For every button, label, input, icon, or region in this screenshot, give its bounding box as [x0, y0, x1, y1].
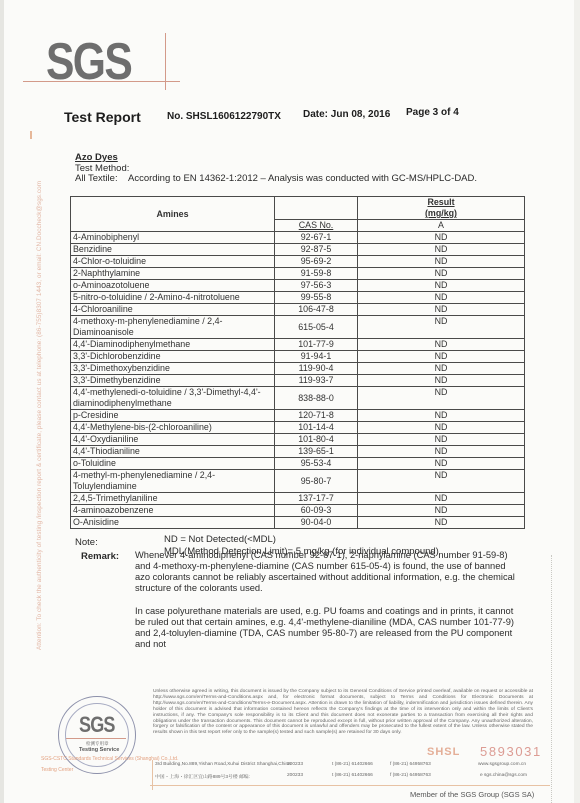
table-row: Benzidine92-87-5ND: [71, 244, 525, 256]
header-cas-blank: [275, 197, 358, 220]
header-cas: CAS No.: [275, 220, 358, 232]
result-value: ND: [358, 458, 525, 470]
address-en: 3rd Building,No.889,Yishan Road,Xuhui Di…: [155, 762, 291, 767]
header-amines: Amines: [71, 197, 275, 232]
postcode: 200233: [287, 773, 303, 778]
amine-name: o-Toluidine: [71, 458, 275, 470]
cas-number: 119-93-7: [275, 375, 358, 387]
amine-name: 4,4'-methylenedi-o-toluidine / 3,3'-Dime…: [71, 387, 275, 410]
remark-body: Whenever 4-aminodiphenyl (CAS number 92-…: [135, 550, 520, 662]
cas-number: 101-14-4: [275, 422, 358, 434]
amine-name: 3,3'-Dichlorobenzidine: [71, 351, 275, 363]
cas-number: 615-05-4: [275, 316, 358, 339]
header-result-line2: (mg/kg): [360, 208, 522, 219]
amine-name: 3,3'-Dimethybenzidine: [71, 375, 275, 387]
table-row: 4,4'-Diaminodiphenylmethane101-77-9ND: [71, 339, 525, 351]
table-row: 4-methyl-m-phenylenediamine / 2,4-Toluyl…: [71, 470, 525, 493]
amine-name: 4,4'-Diaminodiphenylmethane: [71, 339, 275, 351]
cas-number: 95-69-2: [275, 256, 358, 268]
table-row: 4-Aminobiphenyl92-67-1ND: [71, 232, 525, 244]
amine-name: p-Cresidine: [71, 410, 275, 422]
table-row: 2-Naphthylamine91-59-8ND: [71, 268, 525, 280]
report-date: Date: Jun 08, 2016: [303, 109, 390, 120]
amine-name: 4-Aminobiphenyl: [71, 232, 275, 244]
table-row: 4-Chlor-o-toluidine95-69-2ND: [71, 256, 525, 268]
cas-number: 97-56-3: [275, 280, 358, 292]
telephone: t (86-21) 61402666: [332, 773, 373, 778]
result-value: ND: [358, 280, 525, 292]
result-value: ND: [358, 422, 525, 434]
scope-text: According to EN 14362-1:2012 – Analysis …: [128, 173, 477, 184]
result-value: ND: [358, 292, 525, 304]
result-value: ND: [358, 387, 525, 410]
table-row: 3,3'-Dichlorobenzidine91-94-1ND: [71, 351, 525, 363]
result-value: ND: [358, 505, 525, 517]
serial-number: 5893031: [480, 744, 542, 759]
cas-number: 95-80-7: [275, 470, 358, 493]
disclaimer: Unless otherwise agreed in writing, this…: [153, 689, 533, 736]
test-section: Azo Dyes Test Method: All Textile:Accord…: [75, 153, 477, 185]
stamp-rule: [66, 738, 126, 739]
fax: f (86-21) 64958763: [390, 773, 431, 778]
footer-rule: [150, 785, 550, 786]
cas-number: 101-80-4: [275, 434, 358, 446]
cas-number: 119-90-4: [275, 363, 358, 375]
stamp-center: Testing Center: [41, 767, 73, 773]
amine-name: 2,4,5-Trimethylaniline: [71, 493, 275, 505]
header-result-line1: Result: [360, 197, 522, 208]
result-value: ND: [358, 493, 525, 505]
cas-number: 137-17-7: [275, 493, 358, 505]
result-value: ND: [358, 470, 525, 493]
result-value: ND: [358, 351, 525, 363]
margin-rule: [551, 555, 552, 803]
website-link[interactable]: www.sgsgroup.com.cn: [478, 762, 526, 767]
email-link[interactable]: e sgs.china@sgs.com: [480, 773, 527, 778]
member-statement: Member of the SGS Group (SGS SA): [410, 790, 534, 799]
table-row: 4-aminoazobenzene60-09-3ND: [71, 505, 525, 517]
amine-name: 4,4'-Thiodianiline: [71, 446, 275, 458]
amine-name: 5-nitro-o-toluidine / 2-Amino-4-nitrotol…: [71, 292, 275, 304]
header-result: Result (mg/kg): [358, 197, 525, 220]
page-edge: [0, 0, 4, 803]
table-row: 4,4'-Thiodianiline139-65-1ND: [71, 446, 525, 458]
cas-number: 120-71-8: [275, 410, 358, 422]
table-row: 4,4'-Oxydianiline101-80-4ND: [71, 434, 525, 446]
table-row: 3,3'-Dimethoxybenzidine119-90-4ND: [71, 363, 525, 375]
cas-number: 92-67-1: [275, 232, 358, 244]
margin-mark: [30, 131, 32, 139]
amine-name: o-Aminoazotoluene: [71, 280, 275, 292]
table-row: O-Anisidine90-04-0ND: [71, 517, 525, 529]
logo-rule: [165, 33, 166, 90]
remark-label: Remark:: [81, 551, 119, 562]
cas-number: 92-87-5: [275, 244, 358, 256]
cas-number: 90-04-0: [275, 517, 358, 529]
amine-name: 2-Naphthylamine: [71, 268, 275, 280]
page-edge: [574, 0, 580, 803]
table-row: o-Aminoazotoluene97-56-3ND: [71, 280, 525, 292]
amine-name: 4-methyl-m-phenylenediamine / 2,4-Toluyl…: [71, 470, 275, 493]
amine-name: 4,4'-Methylene-bis-(2-chloroaniline): [71, 422, 275, 434]
cas-number: 139-65-1: [275, 446, 358, 458]
shsl-mark: SHSL: [427, 746, 460, 758]
result-value: ND: [358, 363, 525, 375]
result-value: ND: [358, 375, 525, 387]
table-row: 2,4,5-Trimethylaniline137-17-7ND: [71, 493, 525, 505]
table-row: 4-methoxy-m-phenylenediamine / 2,4-Diami…: [71, 316, 525, 339]
table-row: p-Cresidine120-71-8ND: [71, 410, 525, 422]
table-row: 5-nitro-o-toluidine / 2-Amino-4-nitrotol…: [71, 292, 525, 304]
result-value: ND: [358, 434, 525, 446]
table-row: 3,3'-Dimethybenzidine119-93-7ND: [71, 375, 525, 387]
amine-name: 4-Chloroaniline: [71, 304, 275, 316]
cas-number: 91-94-1: [275, 351, 358, 363]
amine-name: 4,4'-Oxydianiline: [71, 434, 275, 446]
result-value: ND: [358, 256, 525, 268]
address-cn: 中国・上海・徐汇区宜山路889号3号楼 邮编:: [155, 773, 250, 780]
results-table-body: 4-Aminobiphenyl92-67-1NDBenzidine92-87-5…: [71, 232, 525, 529]
remark-paragraph: In case polyurethane materials are used,…: [135, 606, 520, 650]
amine-name: 4-methoxy-m-phenylenediamine / 2,4-Diami…: [71, 316, 275, 339]
result-value: ND: [358, 268, 525, 280]
results-table: Amines Result (mg/kg) CAS No. A 4-Aminob…: [70, 196, 525, 529]
logo-text: SGS: [46, 32, 131, 92]
result-value: ND: [358, 244, 525, 256]
report-title: Test Report: [64, 109, 141, 125]
cas-number: 106-47-8: [275, 304, 358, 316]
header-sample: A: [358, 220, 525, 232]
amine-name: Benzidine: [71, 244, 275, 256]
table-row: o-Toluidine95-53-4ND: [71, 458, 525, 470]
postcode: 200233: [287, 762, 303, 767]
authenticity-notice: Attention: To check the authenticity of …: [36, 150, 44, 650]
scope-label: All Textile:: [75, 174, 128, 185]
amine-name: O-Anisidine: [71, 517, 275, 529]
section-title: Azo Dyes: [75, 153, 477, 164]
test-method-row: All Textile:According to EN 14362-1:2012…: [75, 174, 477, 185]
cas-number: 95-53-4: [275, 458, 358, 470]
result-value: ND: [358, 339, 525, 351]
cas-number: 99-55-8: [275, 292, 358, 304]
cas-number: 101-77-9: [275, 339, 358, 351]
amine-name: 4-aminoazobenzene: [71, 505, 275, 517]
note-label: Note:: [75, 537, 98, 548]
fax: f (86-21) 64958763: [390, 762, 431, 767]
result-value: ND: [358, 446, 525, 458]
table-row: 4,4'-methylenedi-o-toluidine / 3,3'-Dime…: [71, 387, 525, 410]
result-value: ND: [358, 517, 525, 529]
remark-paragraph: Whenever 4-aminodiphenyl (CAS number 92-…: [135, 550, 520, 594]
cas-number: 838-88-0: [275, 387, 358, 410]
stamp-logo: SGS: [79, 712, 115, 738]
result-value: ND: [358, 232, 525, 244]
amine-name: 4-Chlor-o-toluidine: [71, 256, 275, 268]
result-value: ND: [358, 304, 525, 316]
sgs-logo: SGS: [46, 38, 136, 86]
table-row: 4,4'-Methylene-bis-(2-chloroaniline)101-…: [71, 422, 525, 434]
page-number: Page 3 of 4: [406, 107, 459, 118]
telephone: t (86-21) 61402666: [332, 762, 373, 767]
table-row: 4-Chloroaniline106-47-8ND: [71, 304, 525, 316]
logo-rule: [23, 81, 180, 82]
report-number: No. SHSL1606122790TX: [167, 111, 281, 122]
result-value: ND: [358, 410, 525, 422]
cas-number: 60-09-3: [275, 505, 358, 517]
amine-name: 3,3'-Dimethoxybenzidine: [71, 363, 275, 375]
note-line: ND = Not Detected(<MDL): [164, 534, 439, 546]
stamp-testing-service: Testing Service: [79, 747, 119, 753]
cas-number: 91-59-8: [275, 268, 358, 280]
result-value: ND: [358, 316, 525, 339]
